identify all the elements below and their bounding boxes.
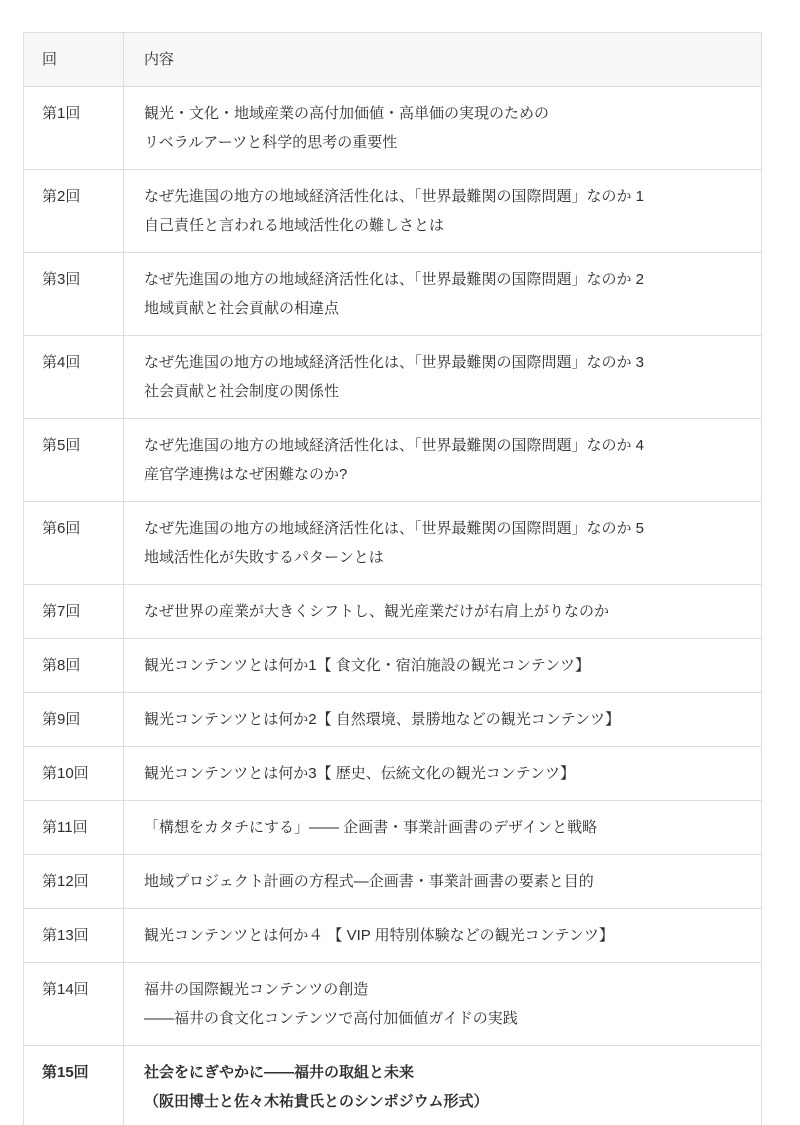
content-line: 地域貢献と社会貢献の相違点 [144, 294, 745, 323]
content-line: 自己責任と言われる地域活性化の難しさとは [144, 211, 745, 240]
table-row: 第5回なぜ先進国の地方の地域経済活性化は、「世界最難関の国際問題」なのか 4産官… [24, 419, 762, 502]
table-row: 第15回社会をにぎやかに——福井の取組と未来（阪田博士と佐々木祐貴氏とのシンポジ… [24, 1046, 762, 1125]
session-cell: 第13回 [24, 909, 124, 963]
session-cell: 第11回 [24, 801, 124, 855]
table-row: 第1回観光・文化・地域産業の高付加価値・高単価の実現のためのリベラルアーツと科学… [24, 87, 762, 170]
content-line: 「構想をカタチにする」—— 企画書・事業計画書のデザインと戦略 [144, 813, 745, 842]
content-line: なぜ先進国の地方の地域経済活性化は、「世界最難関の国際問題」なのか 2 [144, 265, 745, 294]
content-line: （阪田博士と佐々木祐貴氏とのシンポジウム形式） [144, 1087, 745, 1116]
content-cell: なぜ先進国の地方の地域経済活性化は、「世界最難関の国際問題」なのか 4産官学連携… [124, 419, 762, 502]
session-cell: 第5回 [24, 419, 124, 502]
content-line: 産官学連携はなぜ困難なのか? [144, 460, 745, 489]
content-line: 福井の国際観光コンテンツの創造 [144, 975, 745, 1004]
session-cell: 第10回 [24, 747, 124, 801]
content-cell: 社会をにぎやかに——福井の取組と未来（阪田博士と佐々木祐貴氏とのシンポジウム形式… [124, 1046, 762, 1125]
content-cell: 「構想をカタチにする」—— 企画書・事業計画書のデザインと戦略 [124, 801, 762, 855]
table-row: 第14回福井の国際観光コンテンツの創造——福井の食文化コンテンツで高付加価値ガイ… [24, 963, 762, 1046]
content-cell: なぜ先進国の地方の地域経済活性化は、「世界最難関の国際問題」なのか 2地域貢献と… [124, 253, 762, 336]
content-cell: 観光コンテンツとは何か2【 自然環境、景勝地などの観光コンテンツ】 [124, 693, 762, 747]
session-cell: 第7回 [24, 585, 124, 639]
session-cell: 第15回 [24, 1046, 124, 1125]
session-cell: 第4回 [24, 336, 124, 419]
table-body: 第1回観光・文化・地域産業の高付加価値・高単価の実現のためのリベラルアーツと科学… [24, 87, 762, 1125]
content-line: 地域活性化が失敗するパターンとは [144, 543, 745, 572]
table-row: 第10回観光コンテンツとは何か3【 歴史、伝統文化の観光コンテンツ】 [24, 747, 762, 801]
content-cell: 観光・文化・地域産業の高付加価値・高単価の実現のためのリベラルアーツと科学的思考… [124, 87, 762, 170]
table-row: 第8回観光コンテンツとは何か1【 食文化・宿泊施設の観光コンテンツ】 [24, 639, 762, 693]
content-line: 社会をにぎやかに——福井の取組と未来 [144, 1058, 745, 1087]
table-row: 第11回「構想をカタチにする」—— 企画書・事業計画書のデザインと戦略 [24, 801, 762, 855]
content-cell: なぜ先進国の地方の地域経済活性化は、「世界最難関の国際問題」なのか 1自己責任と… [124, 170, 762, 253]
content-line: 観光コンテンツとは何か3【 歴史、伝統文化の観光コンテンツ】 [144, 759, 745, 788]
header-cell-session: 回 [24, 33, 124, 87]
content-cell: 福井の国際観光コンテンツの創造——福井の食文化コンテンツで高付加価値ガイドの実践 [124, 963, 762, 1046]
content-cell: なぜ先進国の地方の地域経済活性化は、「世界最難関の国際問題」なのか 5地域活性化… [124, 502, 762, 585]
content-line: 観光コンテンツとは何か1【 食文化・宿泊施設の観光コンテンツ】 [144, 651, 745, 680]
header-cell-content: 内容 [124, 33, 762, 87]
table-row: 第13回観光コンテンツとは何か４ 【 VIP 用特別体験などの観光コンテンツ】 [24, 909, 762, 963]
content-cell: なぜ先進国の地方の地域経済活性化は、「世界最難関の国際問題」なのか 3社会貢献と… [124, 336, 762, 419]
session-cell: 第3回 [24, 253, 124, 336]
table-row: 第3回なぜ先進国の地方の地域経済活性化は、「世界最難関の国際問題」なのか 2地域… [24, 253, 762, 336]
table-row: 第9回観光コンテンツとは何か2【 自然環境、景勝地などの観光コンテンツ】 [24, 693, 762, 747]
content-line: ——福井の食文化コンテンツで高付加価値ガイドの実践 [144, 1004, 745, 1033]
content-line: 観光・文化・地域産業の高付加価値・高単価の実現のための [144, 99, 745, 128]
content-line: なぜ先進国の地方の地域経済活性化は、「世界最難関の国際問題」なのか 4 [144, 431, 745, 460]
session-cell: 第14回 [24, 963, 124, 1046]
content-cell: なぜ世界の産業が大きくシフトし、観光産業だけが右肩上がりなのか [124, 585, 762, 639]
content-line: 社会貢献と社会制度の関係性 [144, 377, 745, 406]
content-line: なぜ先進国の地方の地域経済活性化は、「世界最難関の国際問題」なのか 1 [144, 182, 745, 211]
session-cell: 第8回 [24, 639, 124, 693]
content-cell: 観光コンテンツとは何か４ 【 VIP 用特別体験などの観光コンテンツ】 [124, 909, 762, 963]
table-row: 第6回なぜ先進国の地方の地域経済活性化は、「世界最難関の国際問題」なのか 5地域… [24, 502, 762, 585]
content-line: なぜ先進国の地方の地域経済活性化は、「世界最難関の国際問題」なのか 5 [144, 514, 745, 543]
session-cell: 第12回 [24, 855, 124, 909]
content-line: なぜ世界の産業が大きくシフトし、観光産業だけが右肩上がりなのか [144, 597, 745, 626]
table-header-row: 回 内容 [24, 33, 762, 87]
content-line: リベラルアーツと科学的思考の重要性 [144, 128, 745, 157]
page: 回 内容 第1回観光・文化・地域産業の高付加価値・高単価の実現のためのリベラルア… [0, 0, 800, 1125]
content-line: 観光コンテンツとは何か2【 自然環境、景勝地などの観光コンテンツ】 [144, 705, 745, 734]
content-line: なぜ先進国の地方の地域経済活性化は、「世界最難関の国際問題」なのか 3 [144, 348, 745, 377]
session-cell: 第6回 [24, 502, 124, 585]
content-cell: 観光コンテンツとは何か3【 歴史、伝統文化の観光コンテンツ】 [124, 747, 762, 801]
content-cell: 地域プロジェクト計画の方程式—企画書・事業計画書の要素と目的 [124, 855, 762, 909]
table-row: 第4回なぜ先進国の地方の地域経済活性化は、「世界最難関の国際問題」なのか 3社会… [24, 336, 762, 419]
table-row: 第2回なぜ先進国の地方の地域経済活性化は、「世界最難関の国際問題」なのか 1自己… [24, 170, 762, 253]
content-line: 地域プロジェクト計画の方程式—企画書・事業計画書の要素と目的 [144, 867, 745, 896]
session-cell: 第1回 [24, 87, 124, 170]
table-row: 第12回地域プロジェクト計画の方程式—企画書・事業計画書の要素と目的 [24, 855, 762, 909]
session-cell: 第9回 [24, 693, 124, 747]
session-cell: 第2回 [24, 170, 124, 253]
table-row: 第7回なぜ世界の産業が大きくシフトし、観光産業だけが右肩上がりなのか [24, 585, 762, 639]
content-cell: 観光コンテンツとは何か1【 食文化・宿泊施設の観光コンテンツ】 [124, 639, 762, 693]
schedule-table: 回 内容 第1回観光・文化・地域産業の高付加価値・高単価の実現のためのリベラルア… [23, 32, 762, 1125]
content-line: 観光コンテンツとは何か４ 【 VIP 用特別体験などの観光コンテンツ】 [144, 921, 745, 950]
